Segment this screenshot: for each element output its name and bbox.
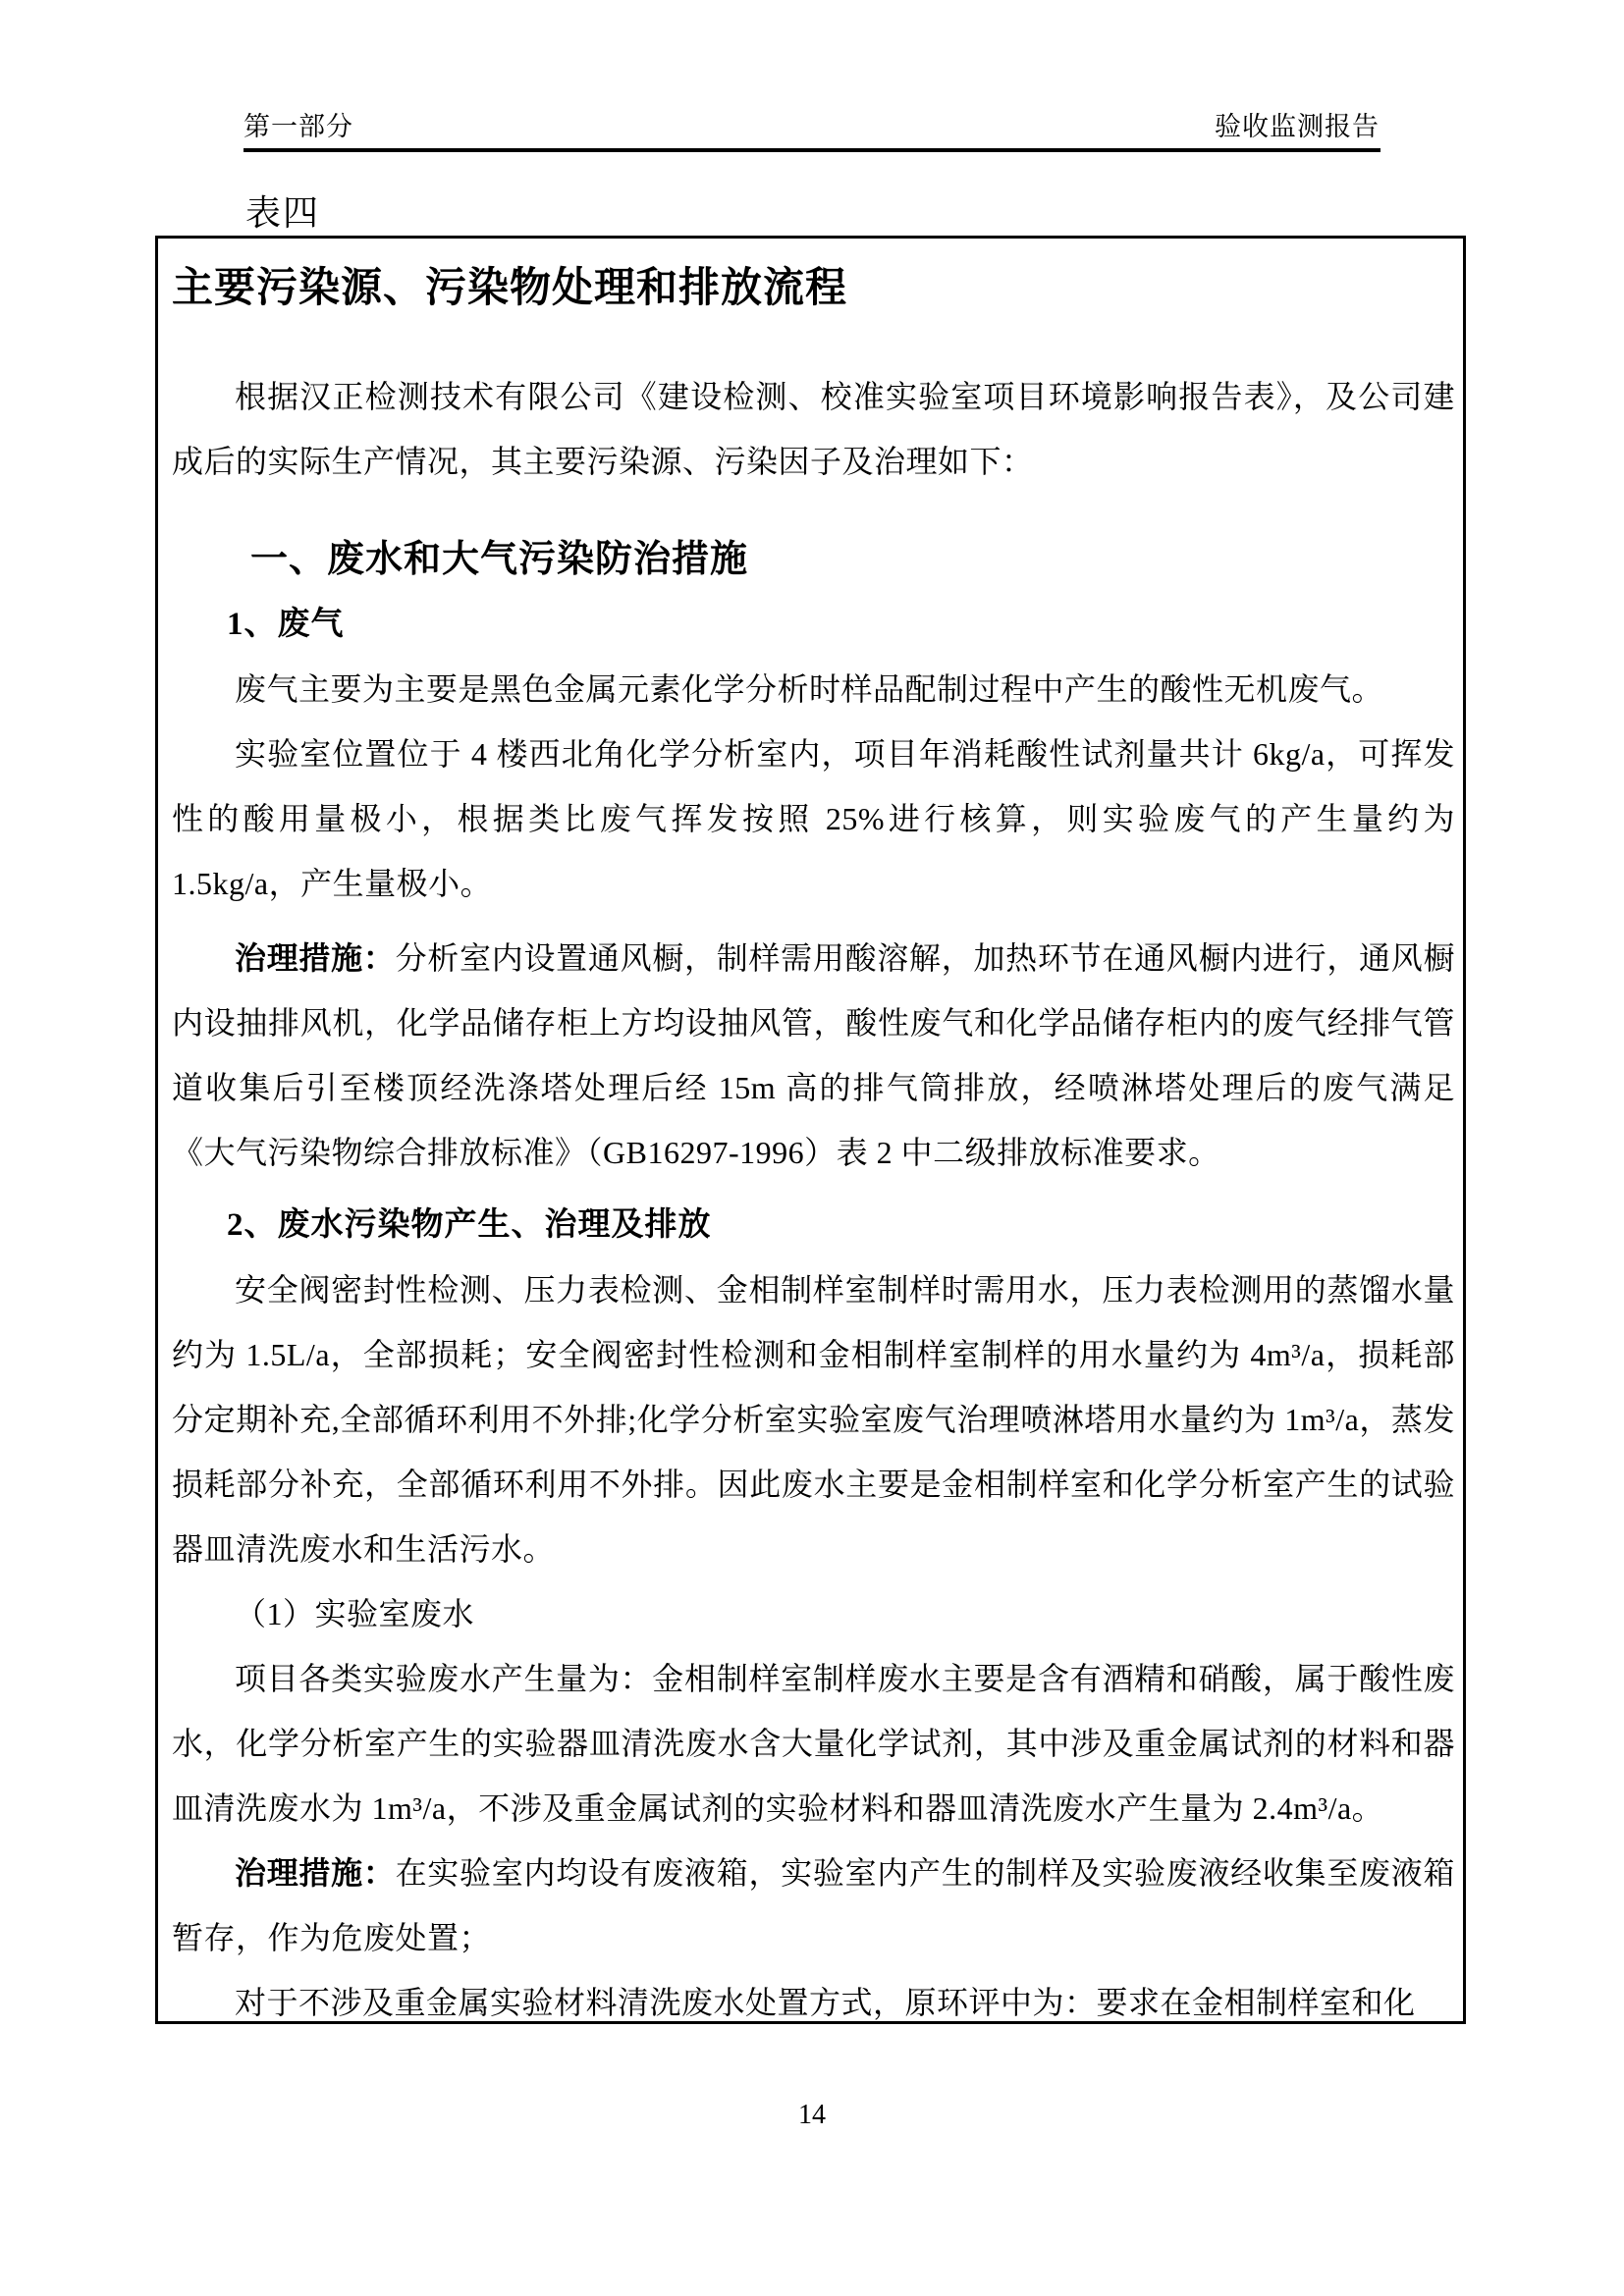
page-number: 14 bbox=[798, 2100, 826, 2130]
box-title: 主要污染源、污染物处理和排放流程 bbox=[172, 262, 1455, 315]
content-box: 主要污染源、污染物处理和排放流程 根据汉正检测技术有限公司《建设检测、校准实验室… bbox=[155, 236, 1466, 2024]
intro-paragraph: 根据汉正检测技术有限公司《建设检测、校准实验室项目环境影响报告表》，及公司建成后… bbox=[172, 364, 1455, 494]
waste-gas-treatment-label: 治理措施： bbox=[235, 940, 396, 976]
document-page: 第一部分 验收监测报告 表四 主要污染源、污染物处理和排放流程 根据汉正检测技术… bbox=[0, 0, 1624, 2296]
waste-water-treatment-paragraph: 治理措施：在实验室内均设有废液箱，实验室内产生的制样及实验废液经收集至废液箱暂存… bbox=[172, 1841, 1455, 1970]
header-report-label: 验收监测报告 bbox=[1215, 110, 1380, 143]
waste-gas-treatment-paragraph: 治理措施：分析室内设置通风橱，制样需用酸溶解，加热环节在通风橱内进行，通风橱内设… bbox=[172, 926, 1455, 1185]
waste-gas-quantity-paragraph: 实验室位置位于 4 楼西北角化学分析室内，项目年消耗酸性试剂量共计 6kg/a，… bbox=[172, 721, 1455, 916]
header-divider bbox=[244, 148, 1380, 152]
section-1-heading: 一、废水和大气污染防治措施 bbox=[172, 527, 1455, 592]
subsection-2-heading: 2、废水污染物产生、治理及排放 bbox=[172, 1193, 1455, 1257]
non-heavy-metal-wastewater-paragraph: 对于不涉及重金属实验材料清洗废水处置方式，原环评中为：要求在金相制样室和化 bbox=[172, 1970, 1455, 2035]
header-section-label: 第一部分 bbox=[244, 110, 353, 143]
lab-wastewater-item-label: （1）实验室废水 bbox=[172, 1581, 1455, 1646]
waste-water-usage-paragraph: 安全阀密封性检测、压力表检测、金相制样室制样时需用水，压力表检测用的蒸馏水量约为… bbox=[172, 1257, 1455, 1581]
waste-water-treatment-label: 治理措施： bbox=[235, 1855, 396, 1891]
subsection-1-heading: 1、废气 bbox=[172, 592, 1455, 657]
lab-wastewater-quantity-paragraph: 项目各类实验废水产生量为：金相制样室制样废水主要是含有酒精和硝酸，属于酸性废水，… bbox=[172, 1646, 1455, 1841]
page-footer: 14 bbox=[0, 2099, 1624, 2132]
table-label: 表四 bbox=[245, 192, 320, 234]
waste-gas-source-paragraph: 废气主要为主要是黑色金属元素化学分析时样品配制过程中产生的酸性无机废气。 bbox=[172, 657, 1455, 721]
